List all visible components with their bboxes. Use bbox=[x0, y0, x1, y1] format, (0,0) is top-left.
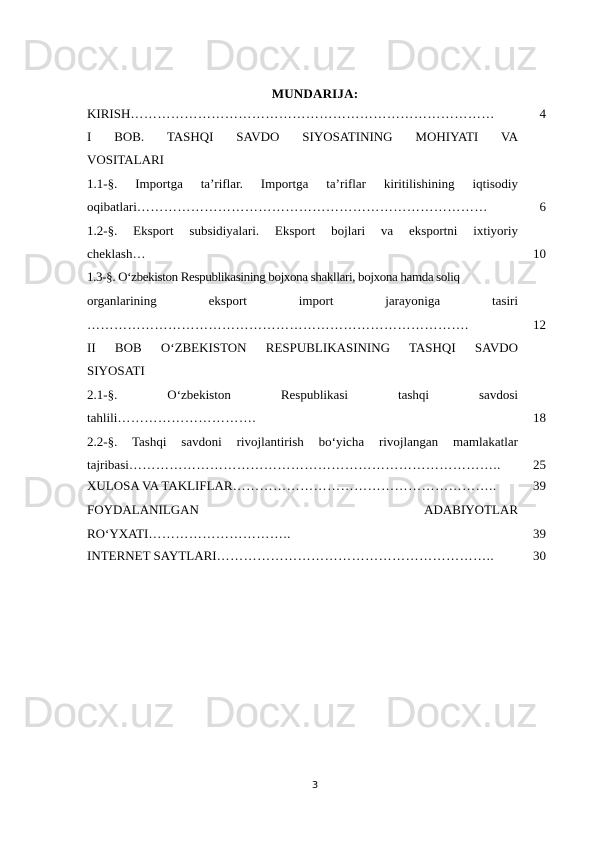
toc-entry-kirish[interactable]: KIRISH……………………………………………………………………… bbox=[87, 106, 518, 122]
toc-section-1-3-dots: …………………………………………………………………………. bbox=[87, 317, 518, 333]
toc-page-number: 4 bbox=[524, 106, 546, 122]
toc-page-number: 30 bbox=[524, 548, 546, 564]
toc-page-number: 12 bbox=[524, 317, 546, 333]
toc-page-number: 39 bbox=[524, 526, 546, 542]
page-number: 3 bbox=[0, 780, 595, 791]
toc-section-1-3-cont[interactable]: organlarining eksport import jarayoniga … bbox=[87, 293, 518, 309]
toc-title: MUNDARIJA: bbox=[0, 86, 595, 102]
toc-page-number: 25 bbox=[524, 457, 546, 473]
toc-entry-internet[interactable]: INTERNET SAYTLARI…………………………………………………….. bbox=[87, 548, 518, 564]
toc-chapter-2-heading[interactable]: II BOB O‘ZBEKISTON RESPUBLIKASINING TASH… bbox=[87, 340, 518, 356]
toc-entry-label: tajribasi bbox=[87, 457, 129, 472]
toc-section-1-2-cont[interactable]: cheklash… bbox=[87, 246, 518, 262]
toc-section-1-1-cont[interactable]: oqibatlari…………………………………………………………………… bbox=[87, 199, 518, 215]
leader-dots: ……………………………………………………………………… bbox=[130, 106, 495, 121]
toc-section-2-1[interactable]: 2.1-§. O‘zbekiston Respublikasi tashqi s… bbox=[87, 387, 518, 403]
toc-page-number: 18 bbox=[524, 410, 546, 426]
toc-entry-adabiyotlar-cont[interactable]: RO‘YXATI………………………….. bbox=[87, 526, 518, 542]
toc-entry-label: RO‘YXATI bbox=[87, 526, 148, 541]
toc-entry-label: XULOSA VA TAKLIFLAR bbox=[87, 478, 233, 493]
toc-entry-label: oqibatlari bbox=[87, 199, 137, 214]
toc-chapter-2-heading-cont[interactable]: SIYOSATI bbox=[87, 363, 518, 379]
toc-chapter-1-heading-cont[interactable]: VOSITALARI bbox=[87, 152, 518, 168]
toc-section-2-2[interactable]: 2.2-§. Tashqi savdoni rivojlantirish bo‘… bbox=[87, 434, 518, 450]
leader-dots: ……………………………………………………………………….. bbox=[129, 457, 501, 472]
toc-entry-adabiyotlar[interactable]: FOYDALANILGAN ADABIYOTLAR bbox=[87, 502, 518, 518]
toc-entry-label: INTERNET SAYTLARI bbox=[87, 548, 217, 563]
toc-section-2-1-cont[interactable]: tahlili…………………………. bbox=[87, 410, 518, 426]
leader-dots: …………………………. bbox=[117, 410, 256, 425]
toc-chapter-1-heading[interactable]: I BOB. TASHQI SAVDO SIYOSATINING MOHIYAT… bbox=[87, 129, 518, 145]
toc-section-1-2[interactable]: 1.2-§. Eksport subsidiyalari. Eksport bo… bbox=[87, 223, 518, 239]
leader-dots: ………………………….. bbox=[148, 526, 291, 541]
toc-entry-xulosa[interactable]: XULOSA VA TAKLIFLAR………………………………………………….. bbox=[87, 478, 518, 494]
toc-page-number: 6 bbox=[524, 199, 546, 215]
toc-entry-label: KIRISH bbox=[87, 106, 130, 121]
leader-dots: …………………………………………………………………… bbox=[137, 199, 488, 214]
toc-page-number: 10 bbox=[524, 246, 546, 262]
toc-section-2-2-cont[interactable]: tajribasi……………………………………………………………………….. bbox=[87, 457, 518, 473]
leader-dots: …………………………………………………………………………. bbox=[87, 317, 469, 332]
leader-dots: ………………………………………………….. bbox=[233, 478, 497, 493]
toc-section-1-1[interactable]: 1.1-§. Importga ta’riflar. Importga ta’r… bbox=[87, 176, 518, 192]
leader-dots: …………………………………………………….. bbox=[217, 548, 495, 563]
document-page: MUNDARIJA: KIRISH……………………………………………………………… bbox=[0, 0, 595, 842]
toc-entry-label: tahlili bbox=[87, 410, 117, 425]
toc-page-number: 39 bbox=[524, 478, 546, 494]
toc-section-1-3[interactable]: 1.3-§. O‘zbekiston Respublikasining bojx… bbox=[87, 269, 518, 285]
